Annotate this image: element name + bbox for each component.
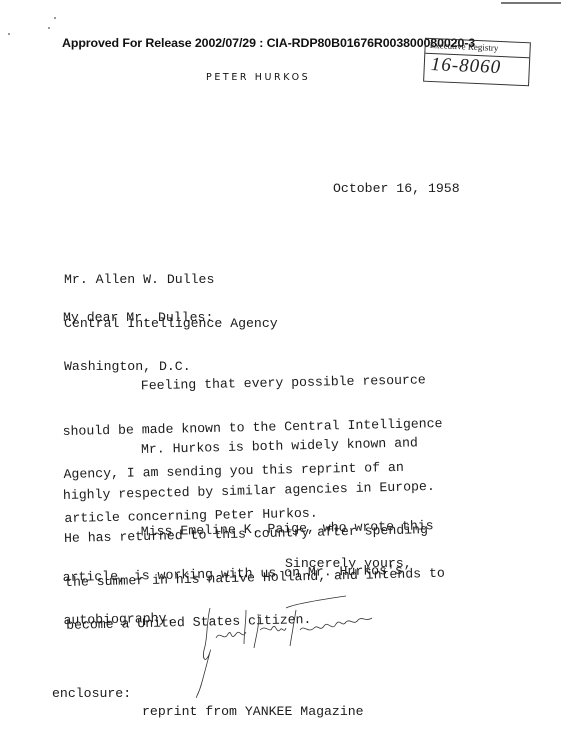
enclosure-label: enclosure:: [52, 687, 131, 702]
scan-artifact-line: [501, 2, 561, 4]
scan-speck: [48, 27, 50, 29]
handwritten-signature: Janet Hutchinson: [196, 590, 396, 700]
stamp-number: 16-8060: [430, 54, 501, 79]
closing: Sincerely yours,: [285, 557, 412, 572]
text-line: Feeling that every possible resource: [62, 373, 442, 395]
scan-speck: [8, 33, 10, 35]
scan-speck: [54, 17, 56, 19]
text-line: Mr. Hurkos is both widely known and: [62, 436, 442, 460]
executive-registry-stamp: Executive Registry 16-8060: [423, 38, 531, 87]
letterhead: PETER HURKOS: [206, 72, 310, 83]
letter-date: October 16, 1958: [333, 182, 460, 197]
stamp-label: Executive Registry: [429, 40, 498, 53]
salutation: My dear Mr. Dulles:: [63, 311, 213, 326]
enclosure-item: reprint from YANKEE Magazine: [142, 705, 364, 720]
text-line: Miss Emeline K. Paige, who wrote this: [62, 519, 434, 541]
release-stamp-line: Approved For Release 2002/07/29 : CIA-RD…: [62, 36, 475, 50]
recipient-line: Mr. Allen W. Dulles: [64, 273, 278, 288]
